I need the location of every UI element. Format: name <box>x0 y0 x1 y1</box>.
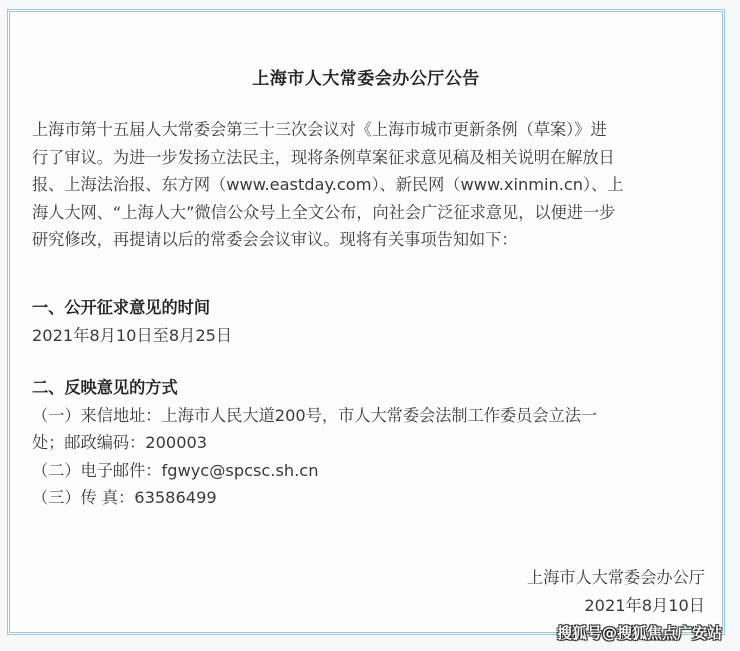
fax-number: （三）传 真：63586499 <box>32 484 704 512</box>
postal-code: 处；邮政编码：200003 <box>32 429 704 457</box>
intro-line: 报、上海法治报、东方网（www.eastday.com）、新民网（www.xin… <box>32 171 704 199</box>
comment-period-dates: 2021年8月10日至8月25日 <box>32 322 704 350</box>
email-address: （二）电子邮件：fgwyc@spcsc.sh.cn <box>32 457 704 485</box>
section-heading: 二、反映意见的方式 <box>32 374 704 402</box>
signature-date: 2021年8月10日 <box>527 592 705 620</box>
notice-frame: 上海市人大常委会办公厅公告 上海市第十五届人大常委会第三十三次会议对《上海市城市… <box>7 9 725 635</box>
signature-block: 上海市人大常委会办公厅 2021年8月10日 <box>527 564 705 619</box>
section-feedback-methods: 二、反映意见的方式 （一）来信地址：上海市人民大道200号，市人大常委会法制工作… <box>32 374 704 512</box>
intro-line: 上海市第十五届人大常委会第三十三次会议对《上海市城市更新条例（草案）》进 <box>32 116 704 144</box>
intro-line: 海人大网、“上海人大”微信公众号上全文公布，向社会广泛征求意见，以便进一步 <box>32 199 704 227</box>
section-comment-period: 一、公开征求意见的时间 2021年8月10日至8月25日 <box>32 294 704 349</box>
intro-line: 行了审议。为进一步发扬立法民主，现将条例草案征求意见稿及相关说明在解放日 <box>32 144 704 172</box>
section-heading: 一、公开征求意见的时间 <box>32 294 704 322</box>
notice-title: 上海市人大常委会办公厅公告 <box>10 64 722 89</box>
intro-paragraph: 上海市第十五届人大常委会第三十三次会议对《上海市城市更新条例（草案）》进 行了审… <box>32 116 704 254</box>
signature-org: 上海市人大常委会办公厅 <box>527 564 705 592</box>
mail-address: （一）来信地址：上海市人民大道200号，市人大常委会法制工作委员会立法一 <box>32 402 704 430</box>
watermark: 搜狐号@搜狐焦点广安站 <box>557 622 722 643</box>
intro-line: 研究修改，再提请以后的常委会会议审议。现将有关事项告知如下： <box>32 226 704 254</box>
